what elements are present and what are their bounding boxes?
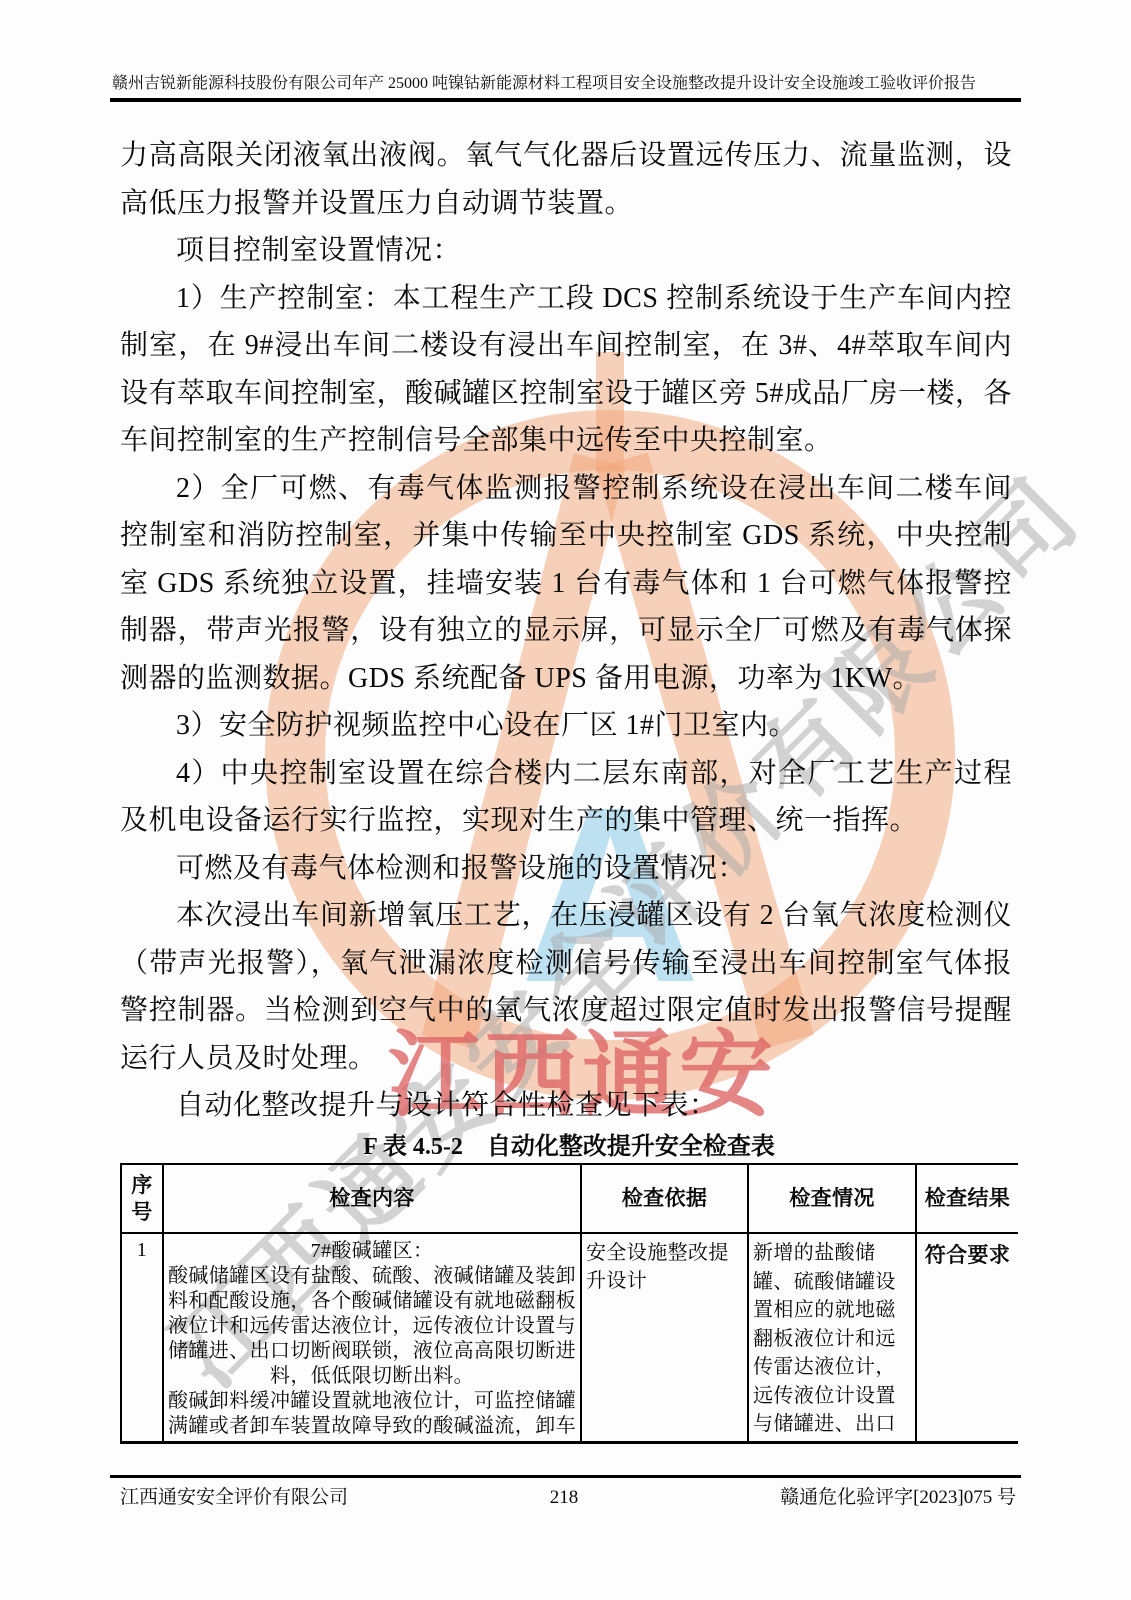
table-header-row: 序号 检查内容 检查依据 检查情况 检查结果 — [121, 1164, 1018, 1233]
col-header-content: 检查内容 — [163, 1164, 581, 1233]
col-header-situation: 检查情况 — [748, 1164, 916, 1233]
cell-basis: 安全设施整改提升设计 — [581, 1233, 748, 1444]
paragraph-continuation: 力高高限关闭液氧出液阀。氧气气化器后设置远传压力、流量监测，设高低压力报警并设置… — [120, 132, 1012, 227]
table-clip-region: 序号 检查内容 检查依据 检查情况 检查结果 1 7#酸碱罐区： 酸碱储罐区设有 — [120, 1163, 1018, 1444]
cell-content: 7#酸碱罐区： 酸碱储罐区设有盐酸、硫酸、液碱储罐及装卸料和配酸设施，各个酸碱储… — [163, 1233, 581, 1444]
table-row: 1 7#酸碱罐区： 酸碱储罐区设有盐酸、硫酸、液碱储罐及装卸料和配酸设施，各个酸… — [121, 1233, 1018, 1444]
cell-serial: 1 — [121, 1233, 163, 1444]
inspection-table: 序号 检查内容 检查依据 检查情况 检查结果 1 7#酸碱罐区： 酸碱储罐区设有 — [120, 1163, 1018, 1444]
content-body-2: 酸碱卸料缓冲罐设置就地液位计，可监控储罐满罐或者卸车装置故障导致的酸碱溢流，卸车 — [168, 1389, 576, 1439]
table-title: F 表 4.5-2 自动化整改提升安全检查表 — [120, 1132, 1018, 1162]
footer-rule — [110, 1475, 1021, 1478]
paragraph: 4）中央控制室设置在综合楼内二层东南部，对全厂工艺生产过程及机电设备运行实行监控… — [120, 750, 1012, 845]
col-header-result: 检查结果 — [916, 1164, 1018, 1233]
footer-doc-number: 赣通危化验评字[2023]075 号 — [780, 1486, 1016, 1510]
page-header: 赣州吉锐新能源科技股份有限公司年产 25000 吨镍钴新能源材料工程项目安全设施… — [112, 74, 1022, 94]
content-heading-and-body: 7#酸碱罐区： 酸碱储罐区设有盐酸、硫酸、液碱储罐及装卸料和配酸设施，各个酸碱储… — [168, 1239, 576, 1389]
paragraph: 项目控制室设置情况： — [120, 227, 1012, 275]
cell-situation: 新增的盐酸储罐、硫酸储罐设置相应的就地磁翻板液位计和远传雷达液位计，远传液位计设… — [748, 1233, 916, 1444]
paragraph: 3）安全防护视频监控中心设在厂区 1#门卫室内。 — [120, 702, 1012, 750]
paragraph: 本次浸出车间新增氧压工艺，在压浸罐区设有 2 台氧气浓度检测仪（带声光报警），氧… — [120, 892, 1012, 1082]
col-header-serial: 序号 — [121, 1164, 163, 1233]
page-footer: 江西通安安全评价有限公司 218 赣通危化验评字[2023]075 号 — [120, 1486, 1016, 1510]
footer-page-number: 218 — [550, 1486, 579, 1510]
document-body: 力高高限关闭液氧出液阀。氧气气化器后设置远传压力、流量监测，设高低压力报警并设置… — [120, 132, 1012, 1130]
content-body: 酸碱储罐区设有盐酸、硫酸、液碱储罐及装卸料和配酸设施，各个酸碱储罐设有就地磁翻板… — [168, 1264, 576, 1389]
content-heading: 7#酸碱罐区： — [168, 1239, 576, 1264]
content-layer: 赣州吉锐新能源科技股份有限公司年产 25000 吨镍钴新能源材料工程项目安全设施… — [0, 0, 1131, 1600]
footer-company: 江西通安安全评价有限公司 — [120, 1486, 348, 1510]
document-page: A 江西通安安全评价有限公司 江西通安 赣州吉锐新能源科技股份有限公司年产 25… — [0, 0, 1131, 1600]
paragraph: 2）全厂可燃、有毒气体监测报警控制系统设在浸出车间二楼车间控制室和消防控制室，并… — [120, 465, 1012, 703]
header-rule — [110, 98, 1021, 102]
paragraph: 可燃及有毒气体检测和报警设施的设置情况： — [120, 845, 1012, 893]
col-header-basis: 检查依据 — [581, 1164, 748, 1233]
cell-result: 符合要求 — [916, 1233, 1018, 1444]
paragraph: 自动化整改提升与设计符合性检查见下表： — [120, 1082, 1012, 1130]
paragraph: 1）生产控制室：本工程生产工段 DCS 控制系统设于生产车间内控制室，在 9#浸… — [120, 275, 1012, 465]
